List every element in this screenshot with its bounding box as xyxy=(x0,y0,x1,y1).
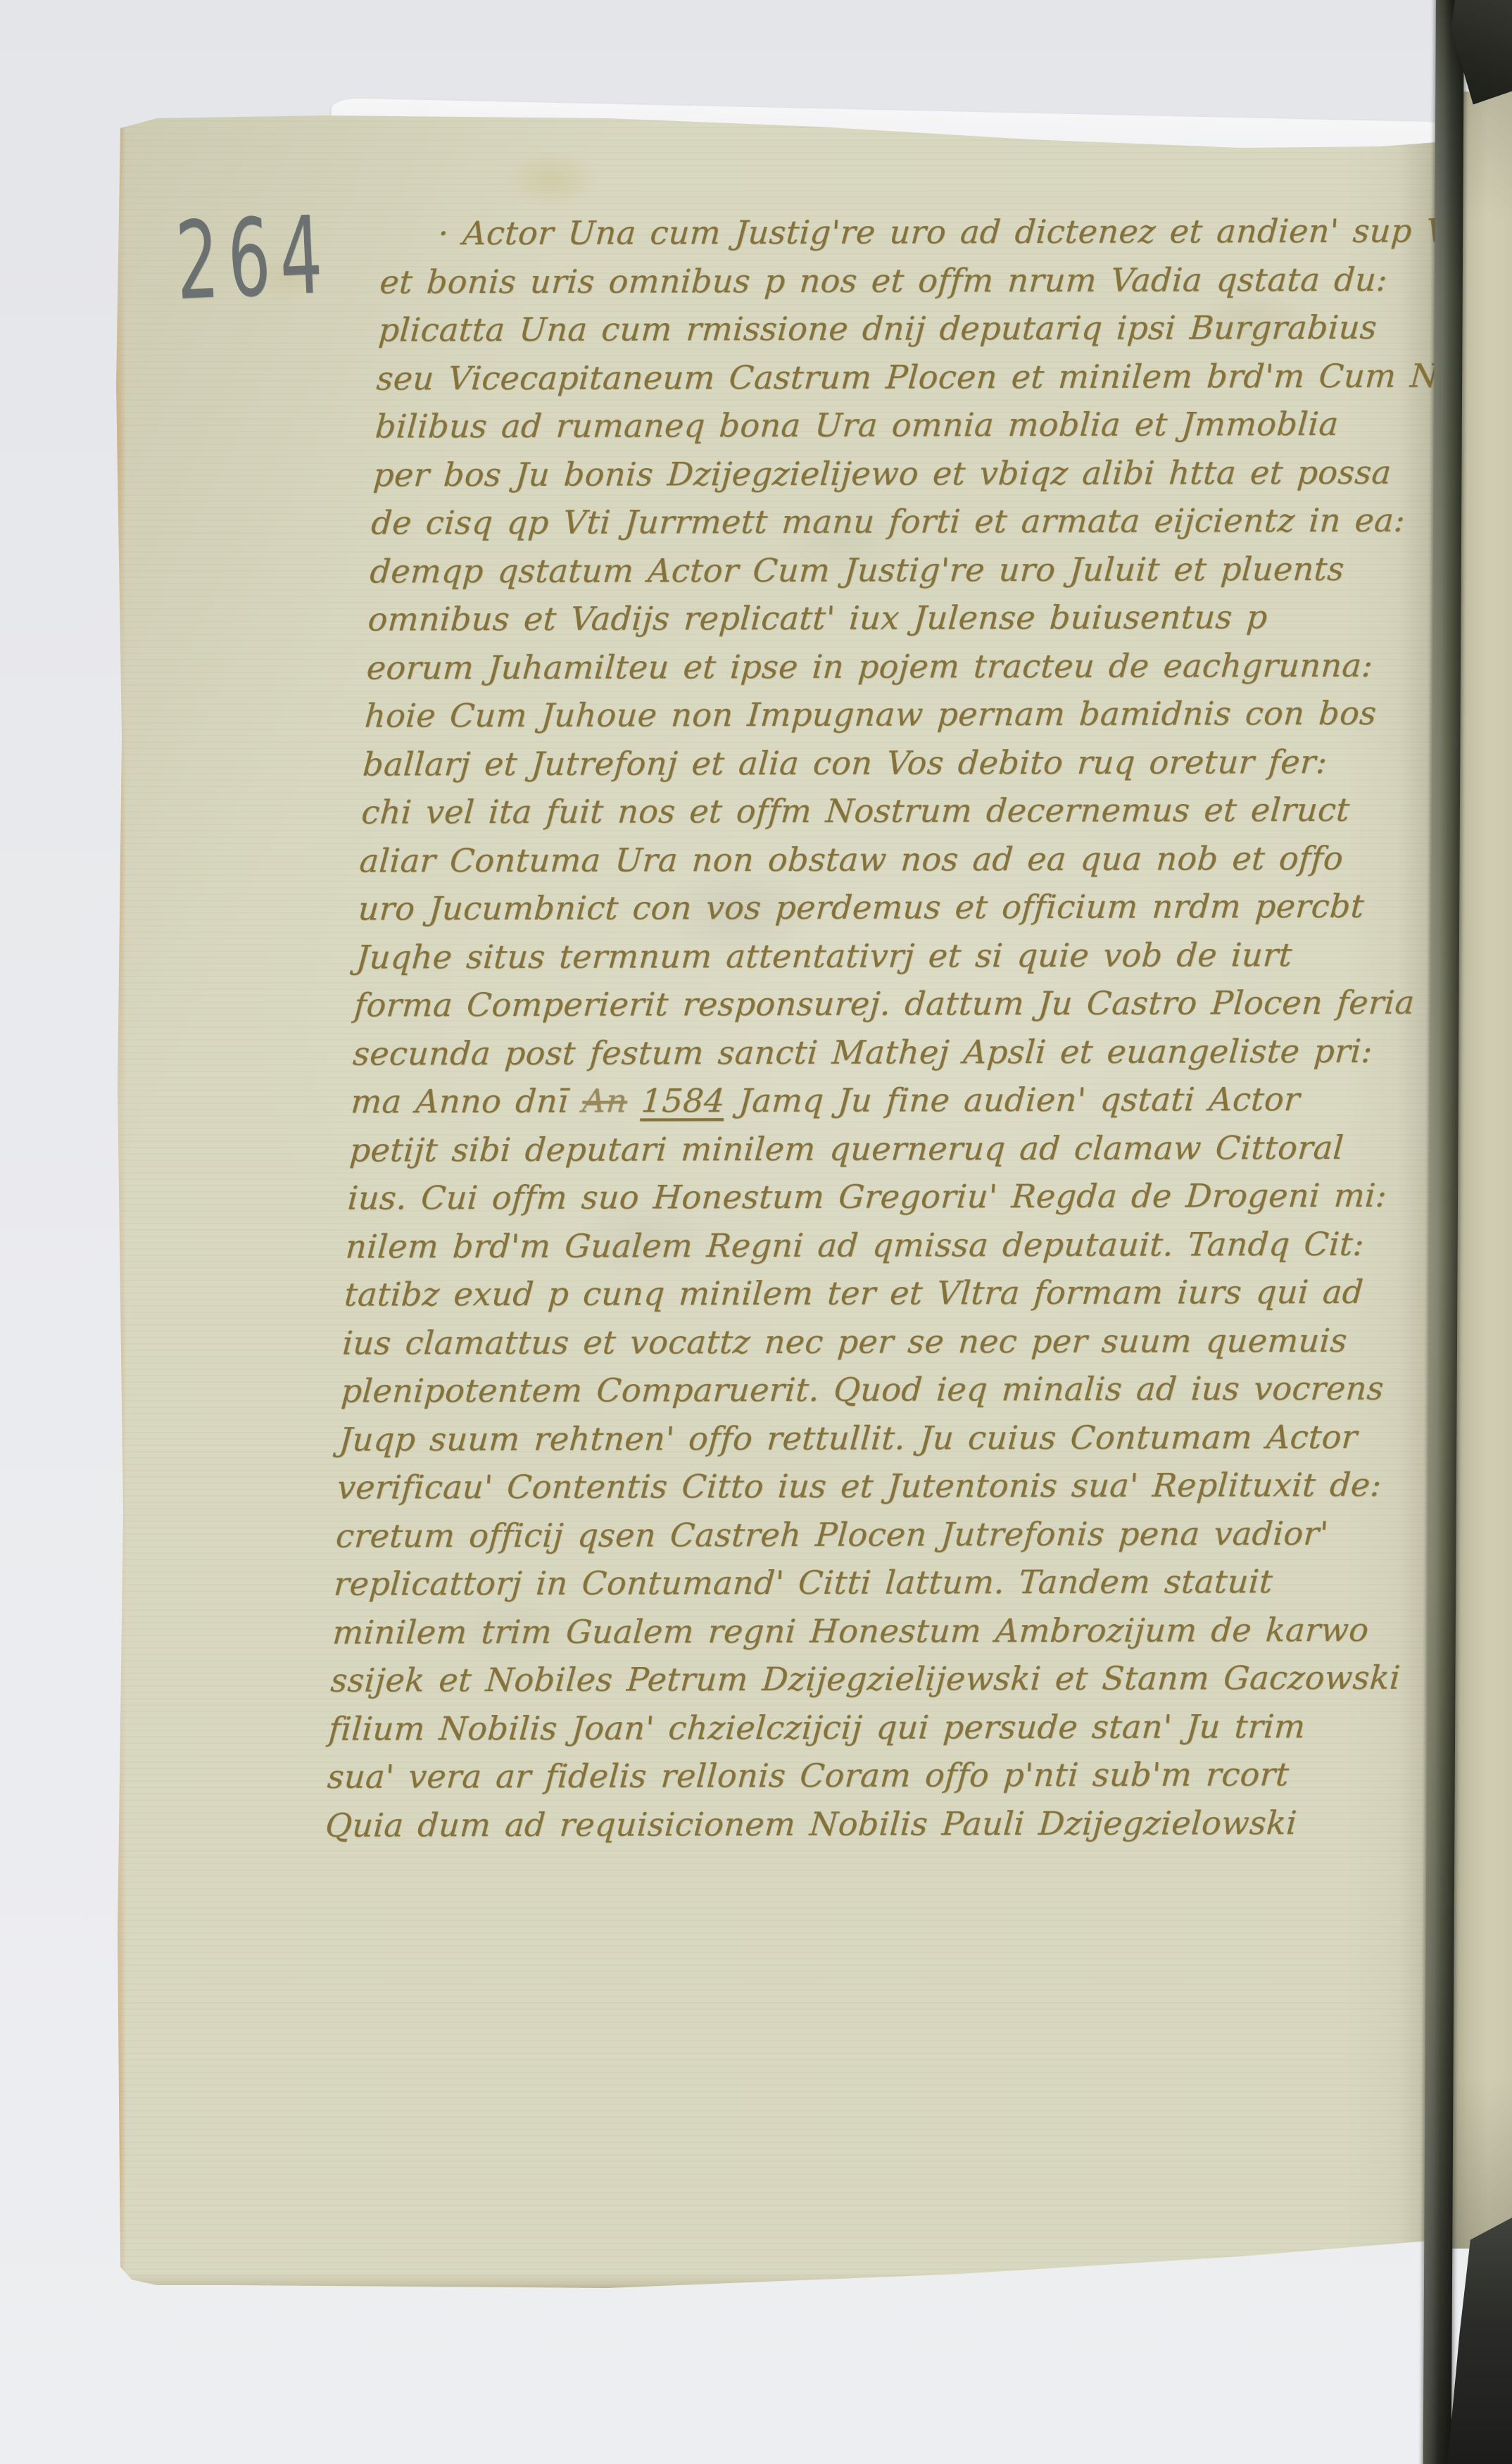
manuscript-line: · Actor Una cum Justig're uro ad dictene… xyxy=(436,207,1439,258)
manuscript-line: tatibz exud p cunq minilem ter et Vltra … xyxy=(343,1268,1442,1319)
manuscript-line: plicatta Una cum rmissione dnij deputari… xyxy=(377,303,1439,354)
manuscript-line: Juqp suum rehtnen' offo rettullit. Ju cu… xyxy=(338,1412,1443,1464)
manuscript-line: verificau' Contentis Citto ius et Jutent… xyxy=(336,1461,1442,1512)
manuscript-line: minilem trim Gualem regni Honestum Ambro… xyxy=(331,1605,1443,1657)
scan-canvas: 264 · Actor Una cum Justig're uro ad dic… xyxy=(0,0,1512,2464)
manuscript-line: omnibus et Vadijs replicatt' iux Julense… xyxy=(367,593,1440,643)
manuscript-line: chi vel ita fuit nos et offm Nostrum dec… xyxy=(360,786,1441,837)
manuscript-line: seu Vicecapitaneum Castrum Plocen et min… xyxy=(375,351,1439,402)
manuscript-line: sua' vera ar fidelis rellonis Coram offo… xyxy=(326,1750,1444,1802)
manuscript-line: nilem brd'm Gualem Regni ad qmissa deput… xyxy=(344,1219,1442,1271)
manuscript-line: demqp qstatum Actor Cum Justig're uro Ju… xyxy=(368,544,1440,595)
manuscript-line: et bonis uris omnibus p nos et offm nrum… xyxy=(379,255,1439,306)
manuscript-line: petijt sibi deputari minilem querneruq a… xyxy=(348,1123,1442,1174)
manuscript-line: Juqhe situs termnum attentativrj et si q… xyxy=(355,930,1442,981)
manuscript-line: hoie Cum Juhoue non Impugnaw pernam bami… xyxy=(363,689,1441,741)
manuscript-line: filium Nobilis Joan' chzielczijcij qui p… xyxy=(327,1702,1443,1753)
manuscript-line: de cisq qp Vti Jurrmett manu forti et ar… xyxy=(370,496,1440,547)
manuscript-line: cretum officij qsen Castreh Plocen Jutre… xyxy=(334,1509,1443,1560)
manuscript-line: ballarj et Jutrefonj et alia con Vos deb… xyxy=(361,737,1440,788)
manuscript-text-block: · Actor Una cum Justig're uro ad dictene… xyxy=(113,207,1440,1850)
manuscript-line: replicattorj in Contumand' Citti lattum.… xyxy=(332,1557,1442,1609)
manuscript-line: plenipotentem Comparuerit. Quod ieq mina… xyxy=(339,1364,1442,1416)
manuscript-line: ius. Cui offm suo Honestum Gregoriu' Reg… xyxy=(346,1171,1442,1223)
manuscript-line: secunda post festum sancti Mathej Apsli … xyxy=(351,1026,1442,1078)
manuscript-line: bilibus ad rumaneq bona Ura omnia moblia… xyxy=(373,400,1439,451)
manuscript-line: ius clamattus et vocattz nec per se nec … xyxy=(341,1316,1442,1367)
manuscript-line: forma Comperierit responsurej. dattum Ju… xyxy=(353,979,1441,1030)
manuscript-line: ssijek et Nobiles Petrum Dzijegzielijews… xyxy=(329,1654,1444,1705)
manuscript-line: per bos Ju bonis Dzijegzielijewo et vbiq… xyxy=(372,448,1440,498)
manuscript-line: ma Anno dnī An 1584 Jamq Ju fine audien'… xyxy=(350,1075,1442,1126)
manuscript-line: Quia dum ad requisicionem Nobilis Pauli … xyxy=(324,1798,1443,1849)
manuscript-line: aliar Contuma Ura non obstaw nos ad ea q… xyxy=(358,834,1441,885)
manuscript-page: 264 · Actor Una cum Justig're uro ad dic… xyxy=(115,103,1438,2289)
manuscript-line: eorum Juhamilteu et ipse in pojem tracte… xyxy=(365,641,1440,692)
manuscript-line: uro Jucumbnict con vos perdemus et offic… xyxy=(356,882,1441,934)
